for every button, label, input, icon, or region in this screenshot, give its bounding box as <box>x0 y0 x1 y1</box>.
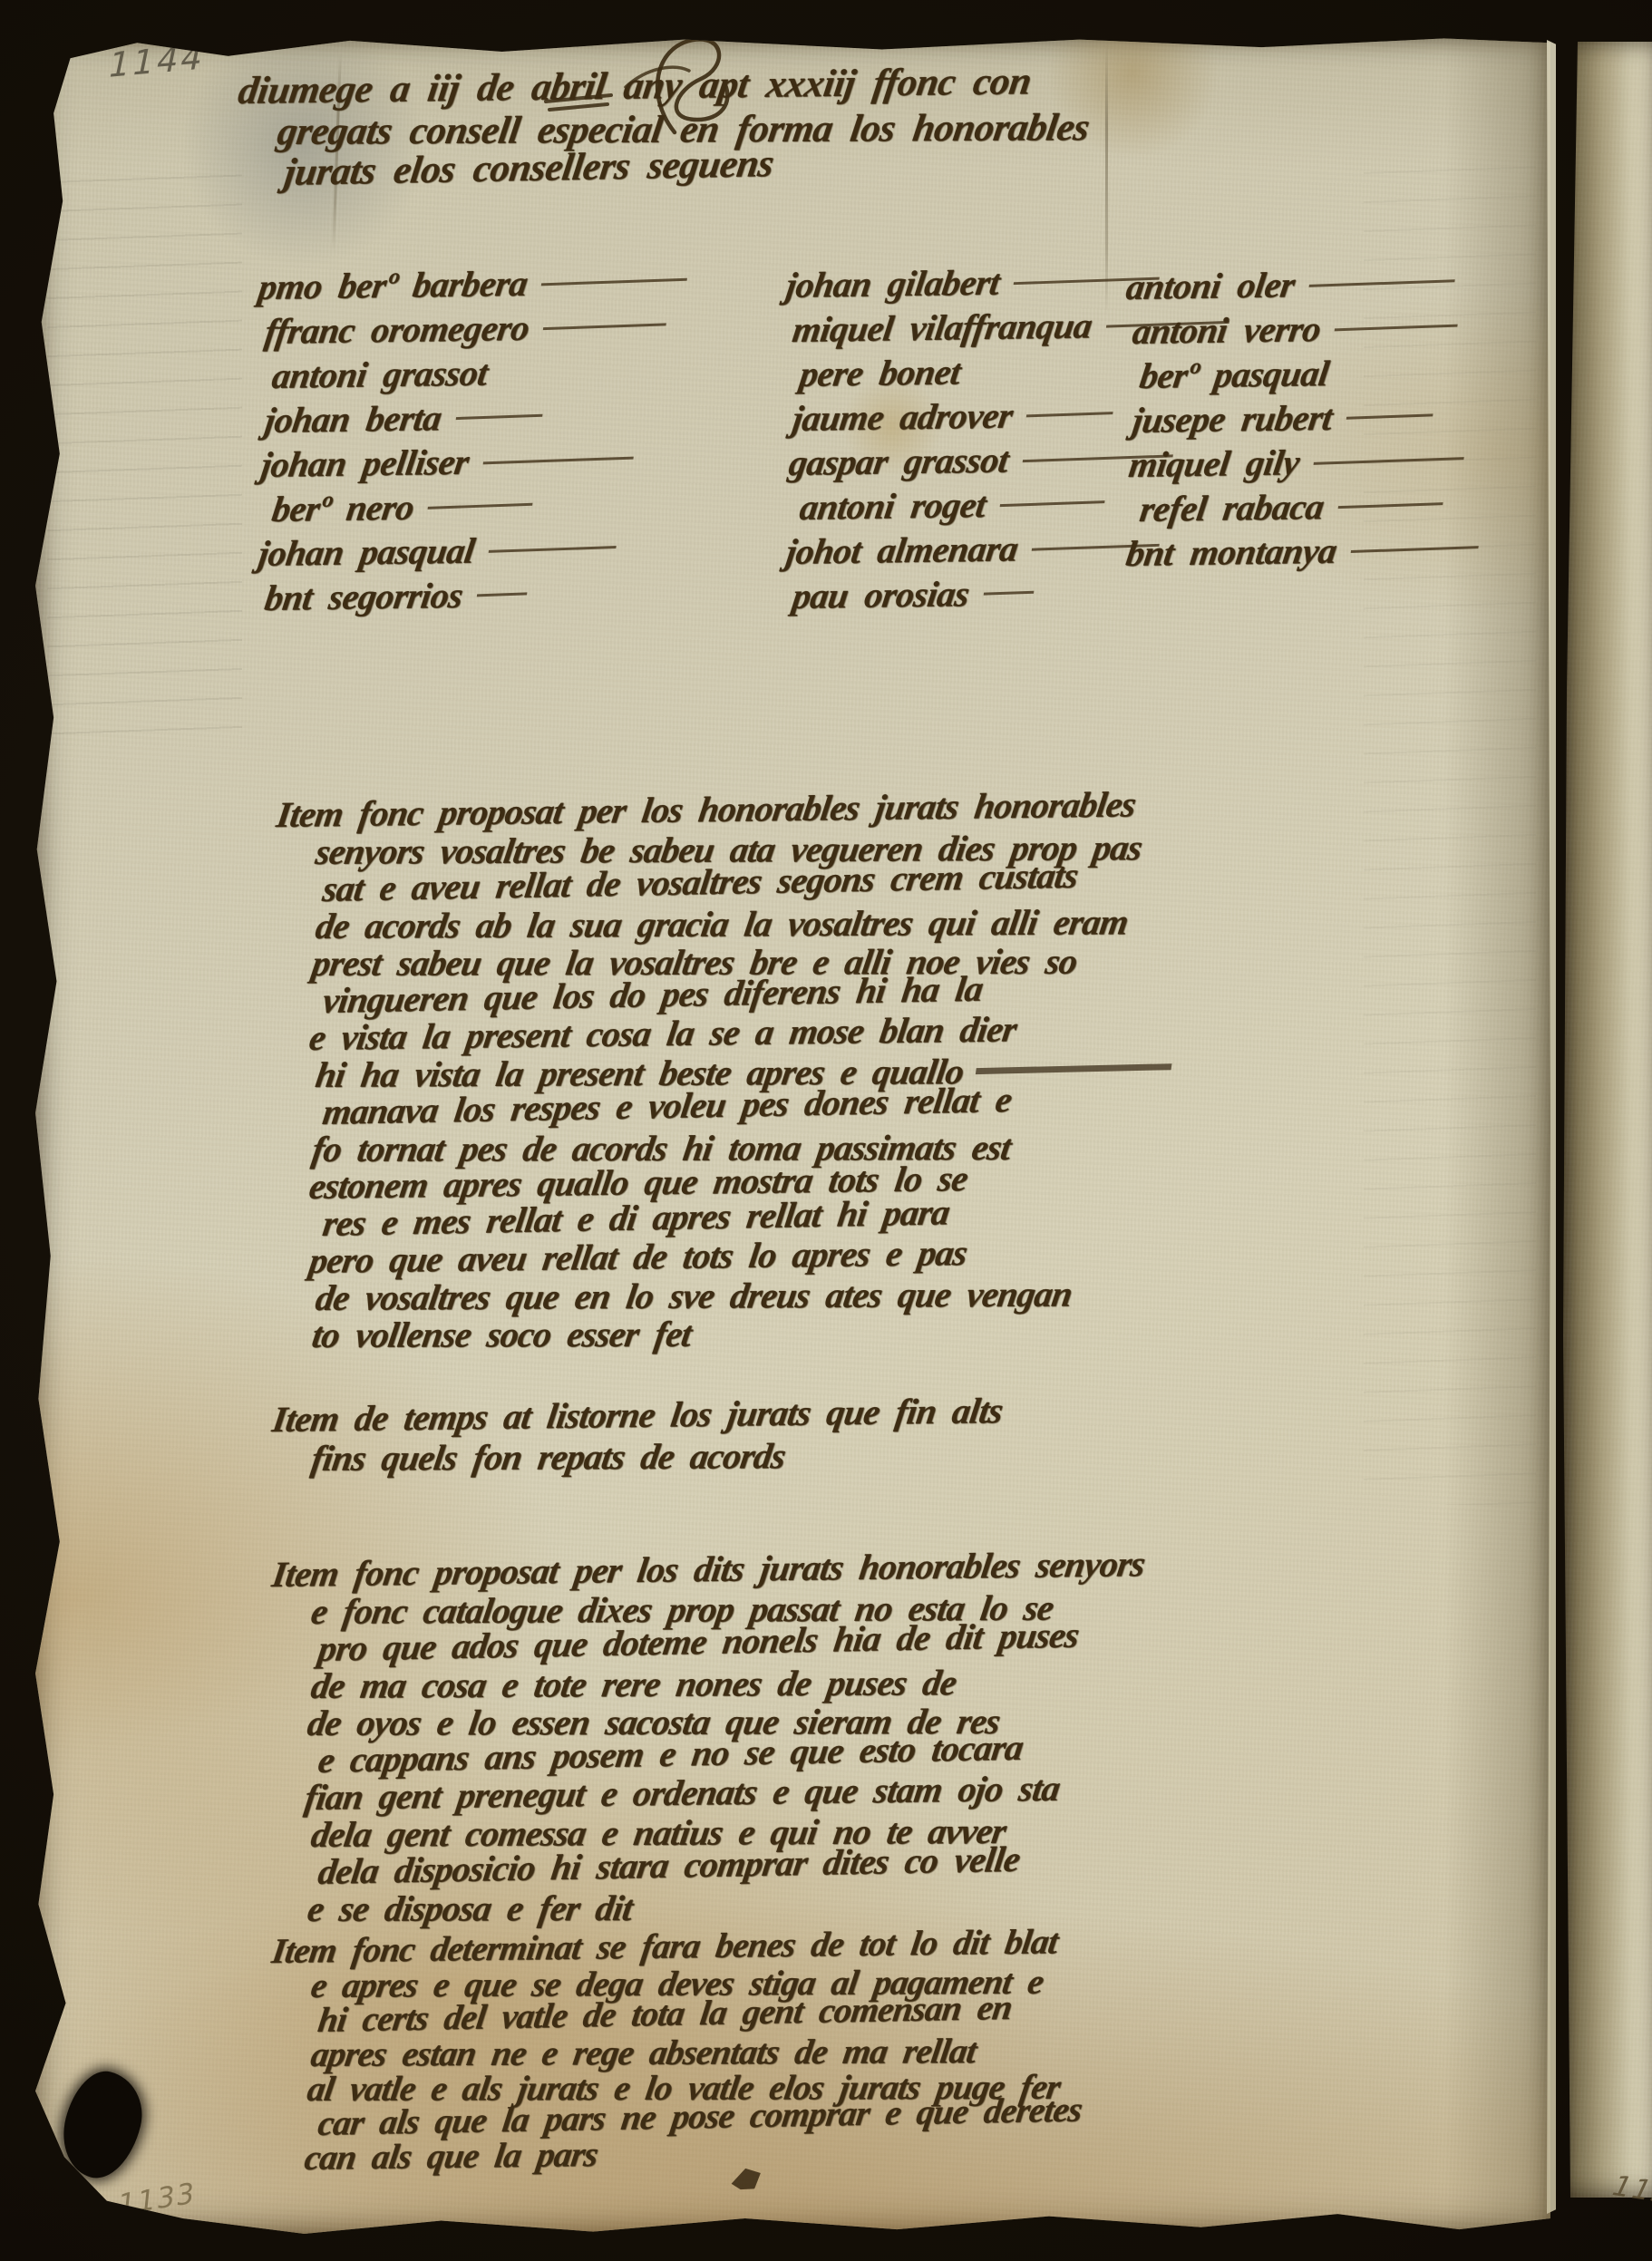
manuscript-page: 1144 1133 diumege a iij de abril any apt… <box>31 36 1550 2234</box>
manuscript-text-line: de ma cosa e tote rere nones de puses de <box>309 1660 1147 1702</box>
attendee-name: ffranc oromegero <box>262 304 690 354</box>
attendee-name: berº pasqual <box>1137 349 1482 398</box>
attendee-name: johan berta <box>262 393 690 442</box>
attendee-name: antoni grassot <box>269 348 690 398</box>
attendee-name: johan pelliser <box>258 436 690 487</box>
manuscript-text-line: Item de temps at listorne los jurats que… <box>270 1389 1006 1437</box>
paragraph-resolution-1-addendum: Item de temps at listorne los jurats que… <box>303 1398 998 1476</box>
header-line: diumege a iij de abril any apt xxxiij ff… <box>236 61 1093 112</box>
folio-number-top: 1144 <box>109 37 206 84</box>
paragraph-resolution-2: Item fonc proposat per los dits jurats h… <box>303 1553 1141 1925</box>
attendee-name: bnt segorrios <box>262 570 690 620</box>
paragraph-resolution-1: Item fonc proposat per los honorables ju… <box>307 793 1168 1351</box>
manuscript-text-line: de acords ab la sua gracia la vosaltres … <box>314 900 1174 942</box>
manuscript-text-line: Item fonc proposat per los honorables ju… <box>275 782 1175 830</box>
manuscript-text-line: e se disposa e fer dit <box>306 1886 1147 1925</box>
attendee-name: miquel gily <box>1126 438 1482 487</box>
folio-number-bottom: 1133 <box>117 2177 198 2222</box>
manuscript-text-line: Item fonc proposat per los dits jurats h… <box>270 1542 1148 1590</box>
attendee-name: jusepe rubert <box>1130 393 1482 442</box>
next-page-sliver <box>1561 42 1652 2198</box>
attendee-name: antoni verro <box>1130 305 1482 354</box>
manuscript-text-line: fins quels fon repats de acords <box>309 1433 1005 1476</box>
manuscript-photo: 1144 1133 diumege a iij de abril any apt… <box>0 0 1652 2261</box>
attendee-name: bnt montanya <box>1123 527 1482 576</box>
manuscript-text-line: to vollense soco esser fet <box>310 1312 1174 1351</box>
show-through-lines-left <box>47 154 242 734</box>
attendee-name: johan pasqual <box>256 525 690 576</box>
attendee-name: refel rabaca <box>1137 482 1482 531</box>
header-paragraph: diumege a iij de abril any apt xxxiij ff… <box>268 71 1085 193</box>
manuscript-text-line: apres estan ne e rege absentats de ma re… <box>309 2031 1084 2069</box>
manuscript-text-line: de vosaltres que en lo sve dreus ates qu… <box>314 1272 1174 1314</box>
attendee-name: pmo berº barbera <box>256 258 690 309</box>
paper-hole <box>53 2064 151 2186</box>
attendee-name: berº nero <box>269 481 690 531</box>
attendees-column-1: pmo berº barberaffranc oromegeroantoni g… <box>256 265 683 620</box>
attendee-name: antoni oler <box>1123 260 1482 309</box>
paper-grain-texture <box>1561 42 1652 2198</box>
attendees-column-3: antoni olerantoni verroberº pasqualjusep… <box>1123 265 1474 576</box>
paragraph-resolution-3: Item fonc determinat se fara benes de to… <box>303 1931 1077 2172</box>
folio-number-next-page: 113 <box>1609 2169 1652 2210</box>
